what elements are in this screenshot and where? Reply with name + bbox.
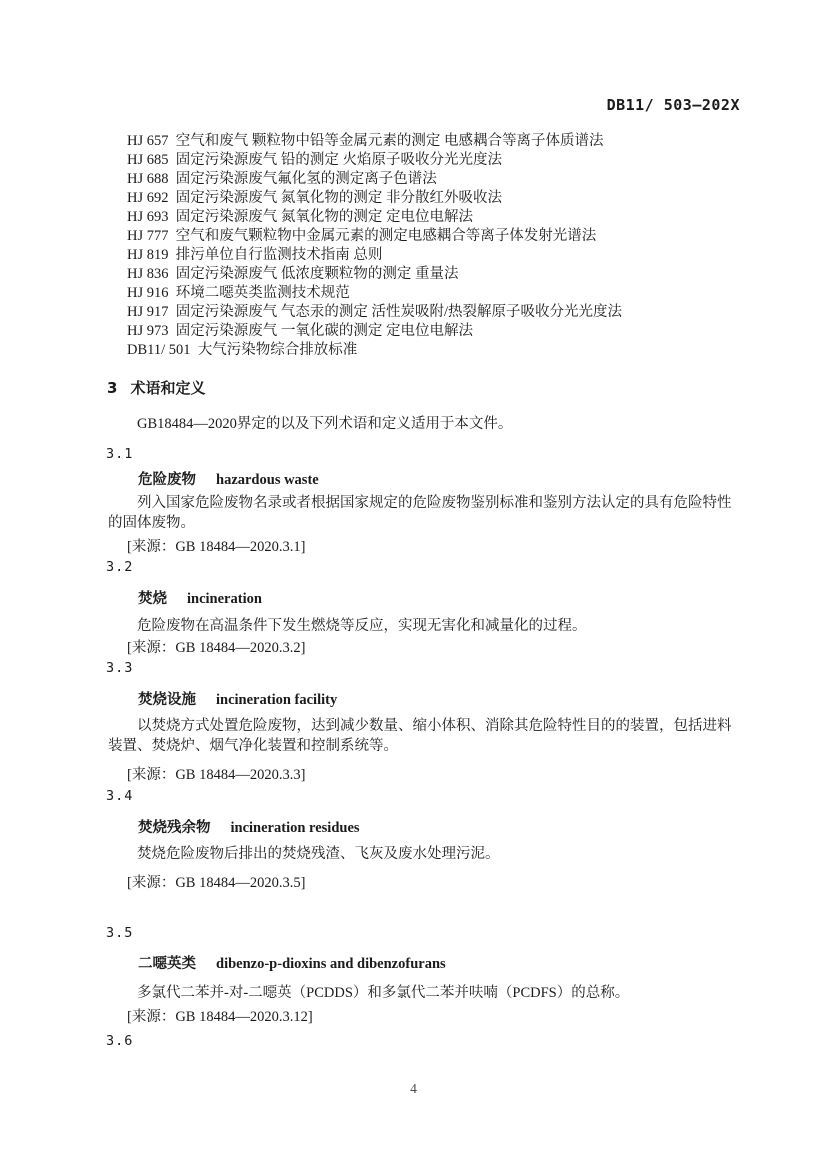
term-name-en: incineration [187,591,262,607]
term-definition: 以焚烧方式处置危险废物，达到减少数量、缩小体积、消除其危险特性目的的装置，包括进… [108,717,742,756]
term-number: 3.5 [106,925,133,941]
term-source: [来源：GB 18484—2020.3.12] [127,1005,313,1026]
term-source: [来源：GB 18484—2020.3.1] [127,535,305,556]
reference-line: HJ 973 固定污染源废气 一氧化碳的测定 定电位电解法 [127,322,622,341]
term-heading: 二噁英类dibenzo-p-dioxins and dibenzofurans [138,952,446,973]
term-name-zh: 焚烧设施 [138,692,196,708]
reference-line: HJ 693 固定污染源废气 氮氧化物的测定 定电位电解法 [127,208,622,227]
reference-line: HJ 688 固定污染源废气氟化氢的测定离子色谱法 [127,170,622,189]
term-heading: 危险废物hazardous waste [138,468,319,489]
term-name-zh: 焚烧 [138,591,167,607]
section-title: 术语和定义 [130,379,205,397]
term-name-en: incineration residues [231,820,360,836]
term-heading: 焚烧incineration [138,587,262,608]
page-number: 4 [0,1081,827,1097]
reference-line: HJ 916 环境二噁英类监测技术规范 [127,284,622,303]
term-source: [来源：GB 18484—2020.3.2] [127,636,305,657]
references-list: HJ 657 空气和废气 颗粒物中铅等金属元素的测定 电感耦合等离子体质谱法HJ… [127,132,622,360]
reference-line: HJ 917 固定污染源废气 气态汞的测定 活性炭吸附/热裂解原子吸收分光光度法 [127,303,622,322]
term-name-en: hazardous waste [216,472,319,488]
term-number: 3.3 [106,660,133,676]
term-number: 3.6 [106,1033,133,1049]
term-number: 3.2 [106,559,133,575]
term-definition: 列入国家危险废物名录或者根据国家规定的危险废物鉴别标准和鉴别方法认定的具有危险特… [108,494,742,533]
term-definition: 焚烧危险废物后排出的焚烧残渣、飞灰及废水处理污泥。 [108,845,742,865]
term-number: 3.1 [106,446,133,462]
term-heading: 焚烧设施incineration facility [138,688,337,709]
reference-line: HJ 685 固定污染源废气 铅的测定 火焰原子吸收分光光度法 [127,151,622,170]
reference-line: HJ 819 排污单位自行监测技术指南 总则 [127,246,622,265]
term-name-zh: 焚烧残余物 [138,820,211,836]
section-heading: 3术语和定义 [107,377,205,398]
reference-line: HJ 777 空气和废气颗粒物中金属元素的测定电感耦合等离子体发射光谱法 [127,227,622,246]
term-heading: 焚烧残余物incineration residues [138,816,360,837]
term-source: [来源：GB 18484—2020.3.5] [127,871,305,892]
reference-line: HJ 692 固定污染源废气 氮氧化物的测定 非分散红外吸收法 [127,189,622,208]
term-number: 3.4 [106,788,133,804]
term-name-en: dibenzo-p-dioxins and dibenzofurans [216,956,446,972]
reference-line: HJ 836 固定污染源废气 低浓度颗粒物的测定 重量法 [127,265,622,284]
term-source: [来源：GB 18484—2020.3.3] [127,763,305,784]
term-name-zh: 二噁英类 [138,956,196,972]
page-header-standard-code: DB11/ 503—202X [607,96,740,114]
document-page: DB11/ 503—202X HJ 657 空气和废气 颗粒物中铅等金属元素的测… [0,0,827,1169]
term-definition: 危险废物在高温条件下发生燃烧等反应，实现无害化和减量化的过程。 [108,617,742,637]
term-name-zh: 危险废物 [138,472,196,488]
reference-line: HJ 657 空气和废气 颗粒物中铅等金属元素的测定 电感耦合等离子体质谱法 [127,132,622,151]
section-number: 3 [107,379,117,397]
section-intro: GB18484—2020界定的以及下列术语和定义适用于本文件。 [137,415,512,434]
term-name-en: incineration facility [216,692,337,708]
term-definition: 多氯代二苯并-对-二噁英（PCDDS）和多氯代二苯并呋喃（PCDFS）的总称。 [108,984,742,1004]
reference-line: DB11/ 501 大气污染物综合排放标准 [127,341,622,360]
